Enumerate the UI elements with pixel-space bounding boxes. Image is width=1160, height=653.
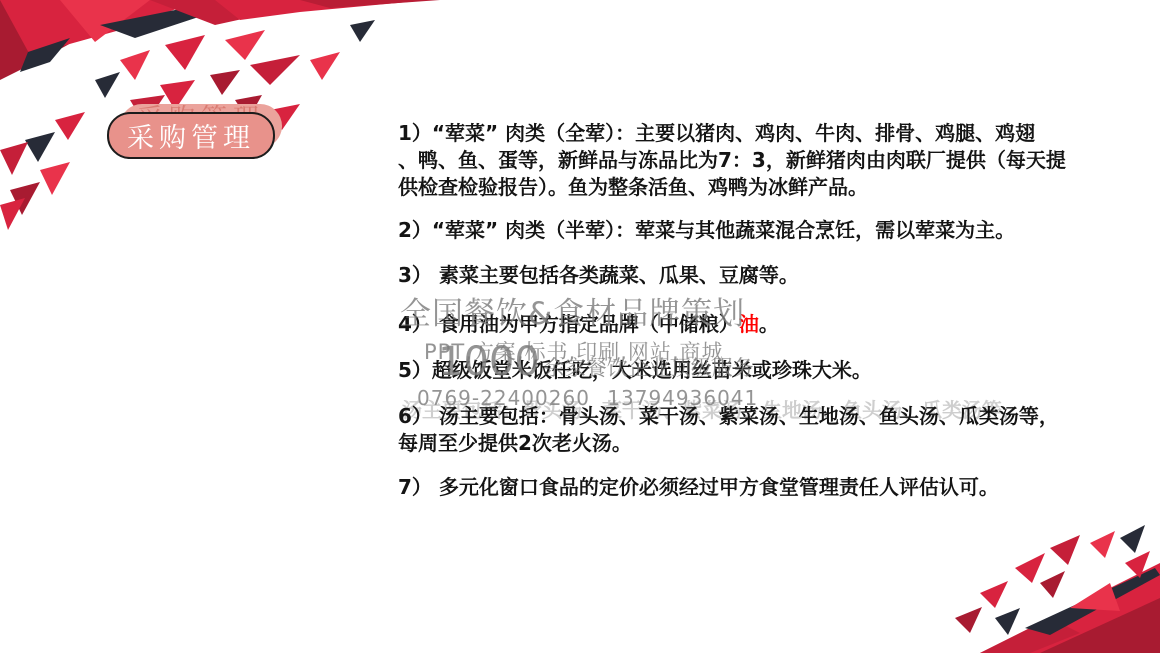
watermark-title: 全国餐饮&食材品牌策划 — [400, 288, 745, 333]
list-item-1-line-2: 、鸭、鱼、蛋等，新鲜品与冻品比为7：3，新鲜猪肉由肉联厂提供（每天提 — [398, 147, 1066, 174]
list-item-6: 6） 汤主要包括：骨头汤、菜干汤、紫菜汤、生地汤、鱼头汤、瓜类汤等， 每周至少提… — [398, 403, 1059, 457]
list-item-2-line-1: 2）“荤菜” 肉类（半荤）：荤菜与其他蔬菜混合烹饪，需以荤菜为主。 — [398, 217, 1015, 244]
list-item-1: 1）“荤菜” 肉类（全荤）：主要以猪肉、鸡肉、牛肉、排骨、鸡腿、鸡翅 、鸭、鱼、… — [398, 120, 1066, 201]
list-item-6-line-2: 每周至少提供2次老火汤。 — [398, 430, 1059, 457]
corner-decoration-bottom-right-icon — [920, 523, 1160, 653]
list-item-3-line-1: 3） 素菜主要包括各类蔬菜、瓜果、豆腐等。 — [398, 262, 799, 289]
list-item-2: 2）“荤菜” 肉类（半荤）：荤菜与其他蔬菜混合烹饪，需以荤菜为主。 — [398, 217, 1015, 244]
section-badge: 采购管理 采购管理 — [104, 100, 294, 160]
watermark-big-number: 1000 — [438, 341, 540, 383]
watermark-clients-text: 余家餐饮企业顶级服务 — [544, 352, 754, 382]
list-item-1-line-1: 1）“荤菜” 肉类（全荤）：主要以猪肉、鸡肉、牛肉、排骨、鸡腿、鸡翅 — [398, 120, 1066, 147]
list-item-1-line-3: 供检查检验报告）。鱼为整条活鱼、鸡鸭为冰鲜产品。 — [398, 174, 1066, 201]
list-item-4-period: 。 — [759, 312, 779, 336]
watermark-phone-numbers: 0769-22400260 13794936041 — [417, 386, 758, 410]
watermark-clients: 1000 余家餐饮企业顶级服务 — [438, 341, 754, 383]
badge-label: 采购管理 — [127, 116, 255, 155]
list-item-3: 3） 素菜主要包括各类蔬菜、瓜果、豆腐等。 — [398, 262, 799, 289]
list-item-7: 7） 多元化窗口食品的定价必须经过甲方食堂管理责任人评估认可。 — [398, 474, 999, 501]
badge-pill: 采购管理 — [107, 112, 275, 159]
list-item-7-line-1: 7） 多元化窗口食品的定价必须经过甲方食堂管理责任人评估认可。 — [398, 474, 999, 501]
